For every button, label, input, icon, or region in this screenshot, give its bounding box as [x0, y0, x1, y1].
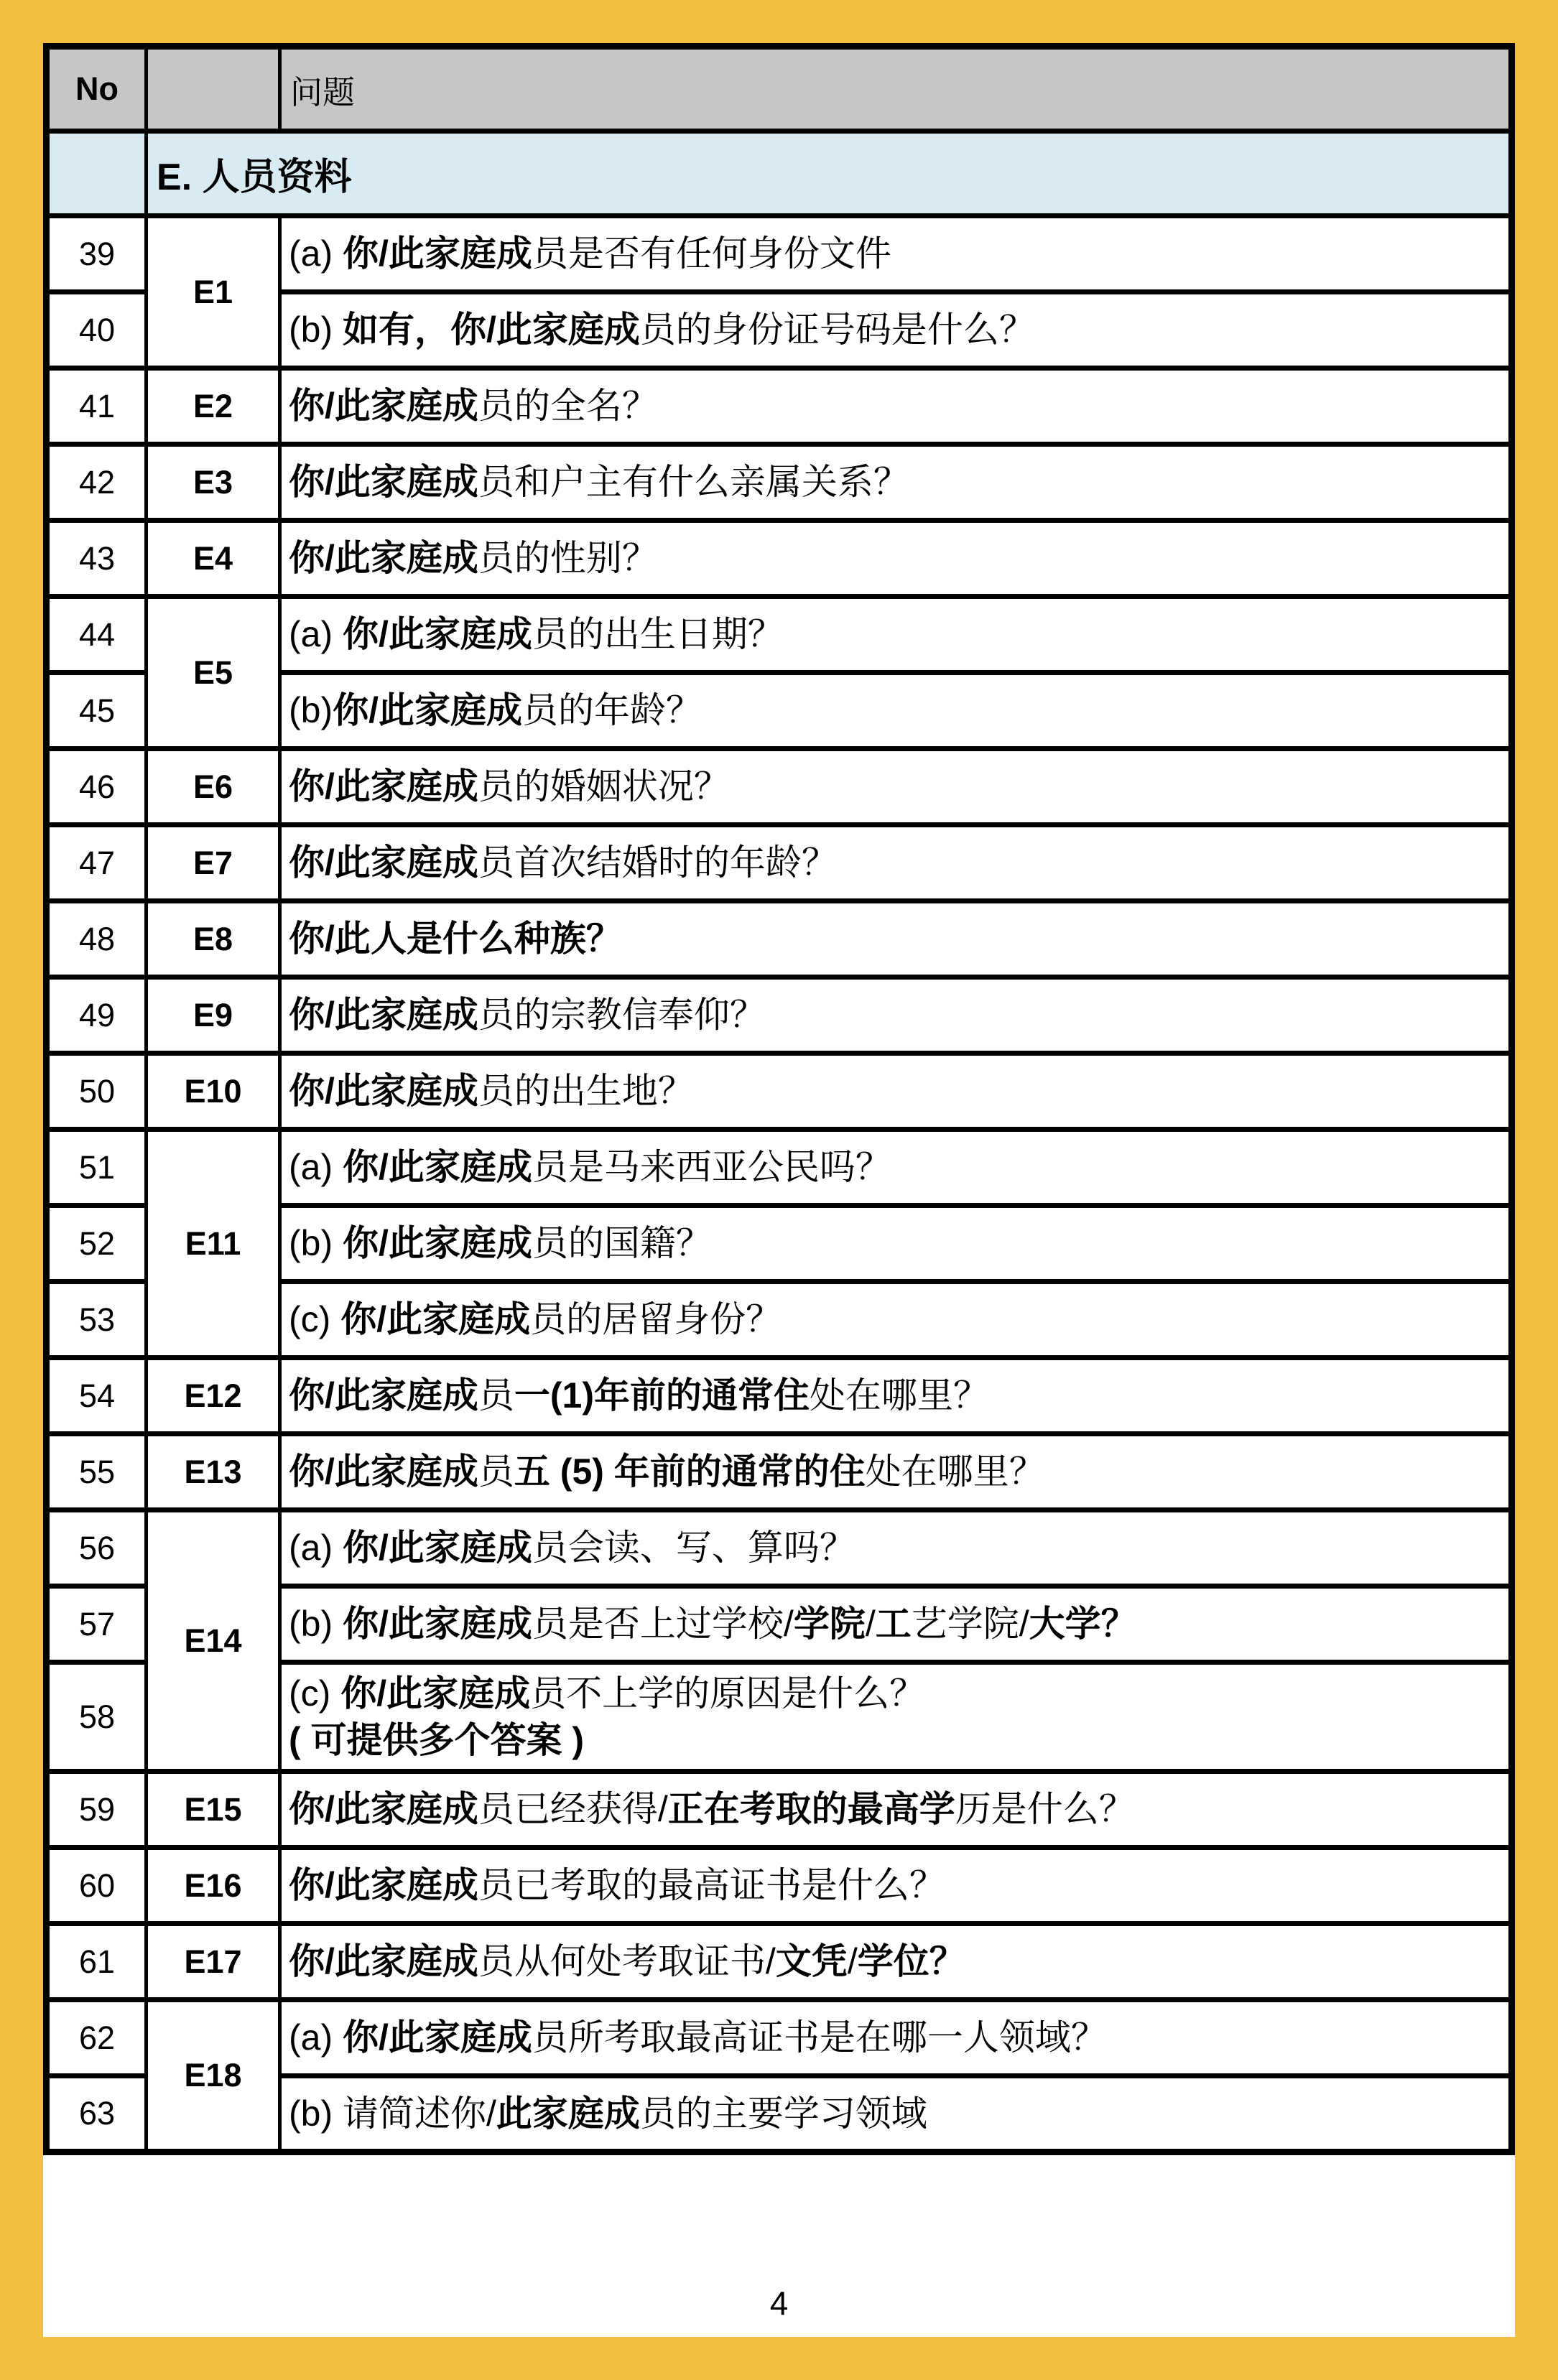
question-cell: 你/此家庭成员和户主有什么亲属关系？: [280, 445, 1512, 521]
question-text: 员的年龄？: [522, 690, 702, 730]
question-text-line: (c) 你/此家庭成员的居留身份？: [289, 1296, 1504, 1343]
question-text-bold: 一(1)年前的通常住: [514, 1375, 810, 1416]
question-text: 员的全名？: [478, 386, 658, 426]
question-code-cell: E10: [147, 1054, 280, 1130]
question-cell: 你/此家庭成员一(1)年前的通常住处在哪里？: [280, 1358, 1512, 1434]
question-cell: (a) 你/此家庭成员是否有任何身份文件: [280, 216, 1512, 292]
question-code-cell: E4: [147, 521, 280, 597]
question-text-bold: 你/此家庭成: [289, 1071, 478, 1111]
question-text: (c): [289, 1299, 340, 1339]
question-cell: 你/此家庭成员的婚姻状况？: [280, 749, 1512, 825]
question-text-bold: 你/此家庭成: [289, 842, 478, 883]
question-text: (b): [289, 690, 333, 730]
question-text-bold: 你/此家庭成: [289, 1789, 478, 1829]
table-row: 51E11(a) 你/此家庭成员是马来西亚公民吗？: [47, 1130, 1512, 1206]
question-code-cell: E12: [147, 1358, 280, 1434]
row-number-cell: 41: [47, 368, 147, 445]
table-row: 46E6你/此家庭成员的婚姻状况？: [47, 749, 1512, 825]
question-cell: 你/此家庭成员已考取的最高证书是什么？: [280, 1848, 1512, 1924]
question-text-bold: ( 可提供多个答案 ): [289, 1720, 584, 1760]
question-text-bold: 工: [876, 1604, 912, 1644]
row-number-cell: 54: [47, 1358, 147, 1434]
question-table-body: No 问题 E. 人员资料 39E1(a) 你/此家庭成员是否有任何身份文件40…: [47, 47, 1512, 2152]
question-text: 员会读、写、算吗？: [532, 1528, 855, 1568]
page-number: 4: [43, 2284, 1515, 2323]
question-text: 员已经获得/: [478, 1789, 668, 1829]
question-text: 处在哪里？: [810, 1375, 989, 1416]
question-text: (a): [289, 1147, 343, 1187]
table-header-row: No 问题: [47, 47, 1512, 131]
question-text-bold: 你/此家庭成: [289, 462, 478, 502]
question-text-bold: 你/此家庭成: [343, 614, 532, 654]
header-code: [147, 47, 280, 131]
question-text-bold: 你/此家庭成: [340, 1673, 530, 1714]
question-text-bold: 你/此家庭成: [343, 1147, 532, 1187]
question-code-cell: E18: [147, 2000, 280, 2152]
question-code-cell: E15: [147, 1772, 280, 1848]
question-code-cell: E17: [147, 1924, 280, 2000]
question-cell: (a) 你/此家庭成员的出生日期？: [280, 597, 1512, 673]
question-text-line: 你/此家庭成员首次结婚时的年龄？: [289, 840, 1504, 886]
question-text: (c): [289, 1673, 340, 1714]
question-code-cell: E2: [147, 368, 280, 445]
question-text-line: (a) 你/此家庭成员会读、写、算吗？: [289, 1525, 1504, 1571]
question-cell: 你/此家庭成员五 (5) 年前的通常的住处在哪里？: [280, 1434, 1512, 1510]
question-text-bold: 你/此家庭成: [333, 690, 522, 730]
question-cell: 你/此家庭成员的出生地？: [280, 1054, 1512, 1130]
question-text-line: (a) 你/此家庭成员是否有任何身份文件: [289, 231, 1504, 277]
row-number-cell: 48: [47, 901, 147, 977]
question-text: 员从何处考取证书/: [478, 1941, 776, 1981]
question-text: 员所考取最高证书是在哪一人领域？: [532, 2017, 1107, 2058]
question-code-cell: E11: [147, 1130, 280, 1358]
question-text-bold: 你/此家庭成: [289, 386, 478, 426]
question-text-bold: 你/此家庭成: [289, 1941, 478, 1981]
row-number-cell: 52: [47, 1206, 147, 1282]
question-cell: (b) 如有，你/此家庭成员的身份证号码是什么？: [280, 292, 1512, 368]
section-empty-no-cell: [47, 131, 147, 216]
question-cell: (b) 请简述你/此家庭成员的主要学习领域: [280, 2076, 1512, 2152]
question-text-bold: 此家庭成: [496, 2093, 640, 2134]
table-row: 44E5(a) 你/此家庭成员的出生日期？: [47, 597, 1512, 673]
question-text-line: (b)你/此家庭成员的年龄？: [289, 687, 1504, 734]
question-text-bold: 文凭: [776, 1941, 848, 1981]
question-text-line: 你/此家庭成员已经获得/正在考取的最高学历是什么？: [289, 1786, 1504, 1833]
row-number-cell: 44: [47, 597, 147, 673]
question-text: 员的身份证号码是什么？: [640, 310, 1035, 350]
row-number-cell: 49: [47, 977, 147, 1054]
question-text-line: (a) 你/此家庭成员是马来西亚公民吗？: [289, 1144, 1504, 1191]
question-text: /: [866, 1604, 876, 1644]
question-text: 员: [478, 1375, 514, 1416]
question-cell: 你/此家庭成员的全名？: [280, 368, 1512, 445]
question-text: 员是马来西亚公民吗？: [532, 1147, 891, 1187]
question-text-line: (b) 如有，你/此家庭成员的身份证号码是什么？: [289, 307, 1504, 353]
question-text-line: 你/此家庭成员的宗教信奉仰？: [289, 992, 1504, 1038]
question-text: (a): [289, 1528, 343, 1568]
question-cell: (b)你/此家庭成员的年龄？: [280, 673, 1512, 749]
row-number-cell: 59: [47, 1772, 147, 1848]
table-row: 50E10你/此家庭成员的出生地？: [47, 1054, 1512, 1130]
question-text-bold: 你/此家庭成: [340, 1299, 530, 1339]
row-number-cell: 51: [47, 1130, 147, 1206]
question-code-cell: E5: [147, 597, 280, 749]
question-cell: 你/此家庭成员从何处考取证书/文凭/学位？: [280, 1924, 1512, 2000]
questionnaire-table: No 问题 E. 人员资料 39E1(a) 你/此家庭成员是否有任何身份文件40…: [43, 43, 1515, 2155]
question-text-bold: 你/此家庭成: [289, 1865, 478, 1905]
question-text-line: (a) 你/此家庭成员的出生日期？: [289, 611, 1504, 658]
question-text: 处在哪里？: [866, 1451, 1045, 1492]
row-number-cell: 43: [47, 521, 147, 597]
question-text-line: 你/此家庭成员的出生地？: [289, 1068, 1504, 1115]
question-text-line: (b) 你/此家庭成员是否上过学校/学院/工艺学院/大学？: [289, 1601, 1504, 1647]
row-number-cell: 58: [47, 1663, 147, 1772]
question-text-line: 你/此家庭成员的全名？: [289, 383, 1504, 429]
section-title: E. 人员资料: [147, 131, 1512, 216]
question-code-cell: E9: [147, 977, 280, 1054]
question-text-bold: 你/此家庭成: [343, 2017, 532, 2058]
question-text-line: 你/此家庭成员和户主有什么亲属关系？: [289, 459, 1504, 506]
question-text: 员的宗教信奉仰？: [478, 995, 766, 1035]
question-text-bold: 你/此家庭成: [343, 1223, 532, 1263]
question-text: 员的出生日期？: [532, 614, 784, 654]
question-cell: (b) 你/此家庭成员的国籍？: [280, 1206, 1512, 1282]
question-text-line: 你/此家庭成员从何处考取证书/文凭/学位？: [289, 1938, 1504, 1985]
question-code-cell: E3: [147, 445, 280, 521]
table-row: 39E1(a) 你/此家庭成员是否有任何身份文件: [47, 216, 1512, 292]
question-text-bold: 你/此家庭成: [343, 1528, 532, 1568]
question-text: 员的主要学习领域: [640, 2093, 927, 2134]
question-text-bold: 正在考取的最高学: [668, 1789, 955, 1829]
question-text: (a): [289, 233, 343, 274]
table-row: 54E12你/此家庭成员一(1)年前的通常住处在哪里？: [47, 1358, 1512, 1434]
question-text: 员的婚姻状况？: [478, 766, 730, 806]
section-row: E. 人员资料: [47, 131, 1512, 216]
question-text: (a): [289, 2017, 343, 2058]
question-text-bold: 你/此家庭成: [289, 766, 478, 806]
row-number-cell: 62: [47, 2000, 147, 2076]
question-text: 员的出生地？: [478, 1071, 694, 1111]
question-text-line: 你/此家庭成员的性别？: [289, 535, 1504, 582]
page-background: { "colors": { "page_border": "#F3BD42", …: [0, 0, 1558, 2380]
row-number-cell: 46: [47, 749, 147, 825]
question-text-line: (b) 请简述你/此家庭成员的主要学习领域: [289, 2091, 1504, 2137]
question-text-line: 你/此家庭成员已考取的最高证书是什么？: [289, 1862, 1504, 1909]
question-text: 历是什么？: [955, 1789, 1135, 1829]
table-row: 42E3你/此家庭成员和户主有什么亲属关系？: [47, 445, 1512, 521]
question-text: 员的国籍？: [532, 1223, 712, 1263]
question-text-bold: 五 (5) 年前的通常的住: [514, 1451, 866, 1492]
question-text-bold: 你/此家庭成: [289, 1451, 478, 1492]
table-row: 62E18(a) 你/此家庭成员所考取最高证书是在哪一人领域？: [47, 2000, 1512, 2076]
question-cell: (c) 你/此家庭成员不上学的原因是什么？( 可提供多个答案 ): [280, 1663, 1512, 1772]
row-number-cell: 45: [47, 673, 147, 749]
question-text-bold: 你/此家庭成: [289, 538, 478, 578]
row-number-cell: 42: [47, 445, 147, 521]
question-code-cell: E14: [147, 1510, 280, 1772]
question-text-line: 你/此家庭成员五 (5) 年前的通常的住处在哪里？: [289, 1449, 1504, 1495]
question-text-line: (b) 你/此家庭成员的国籍？: [289, 1220, 1504, 1267]
question-code-cell: E1: [147, 216, 280, 368]
question-code-cell: E13: [147, 1434, 280, 1510]
question-text: 员是否有任何身份文件: [532, 233, 891, 274]
question-code-cell: E6: [147, 749, 280, 825]
question-text: /: [848, 1941, 858, 1981]
question-code-cell: E8: [147, 901, 280, 977]
question-cell: 你/此家庭成员的宗教信奉仰？: [280, 977, 1512, 1054]
table-row: 55E13你/此家庭成员五 (5) 年前的通常的住处在哪里？: [47, 1434, 1512, 1510]
question-text: 员和户主有什么亲属关系？: [478, 462, 909, 502]
question-text: 员是否上过学校/: [532, 1604, 794, 1644]
question-text: 员已考取的最高证书是什么？: [478, 1865, 945, 1905]
question-text: (a): [289, 614, 343, 654]
question-text: (b): [289, 1604, 343, 1644]
question-cell: 你/此人是什么种族？: [280, 901, 1512, 977]
row-number-cell: 47: [47, 825, 147, 901]
question-cell: (b) 你/此家庭成员是否上过学校/学院/工艺学院/大学？: [280, 1586, 1512, 1663]
question-text-bold: 你/此家庭成: [289, 995, 478, 1035]
table-row: 59E15你/此家庭成员已经获得/正在考取的最高学历是什么？: [47, 1772, 1512, 1848]
row-number-cell: 55: [47, 1434, 147, 1510]
table-row: 43E4你/此家庭成员的性别？: [47, 521, 1512, 597]
question-text-bold: 学位？: [858, 1941, 965, 1981]
row-number-cell: 63: [47, 2076, 147, 2152]
question-cell: (a) 你/此家庭成员所考取最高证书是在哪一人领域？: [280, 2000, 1512, 2076]
question-text: 员首次结婚时的年龄？: [478, 842, 838, 883]
question-text: (b) 请简述你/: [289, 2093, 496, 2134]
header-no: No: [47, 47, 147, 131]
question-cell: 你/此家庭成员首次结婚时的年龄？: [280, 825, 1512, 901]
question-text-line: 你/此人是什么种族？: [289, 916, 1504, 962]
question-text-bold: 你/此家庭成: [343, 1604, 532, 1644]
question-cell: (a) 你/此家庭成员是马来西亚公民吗？: [280, 1130, 1512, 1206]
row-number-cell: 60: [47, 1848, 147, 1924]
header-question: 问题: [280, 47, 1512, 131]
question-text: (b): [289, 1223, 343, 1263]
table-row: 60E16你/此家庭成员已考取的最高证书是什么？: [47, 1848, 1512, 1924]
row-number-cell: 61: [47, 1924, 147, 2000]
question-cell: (a) 你/此家庭成员会读、写、算吗？: [280, 1510, 1512, 1586]
row-number-cell: 40: [47, 292, 147, 368]
table-row: 48E8你/此人是什么种族？: [47, 901, 1512, 977]
row-number-cell: 53: [47, 1282, 147, 1358]
question-text-line: ( 可提供多个答案 ): [289, 1717, 1504, 1764]
question-text-bold: 你/此家庭成: [289, 1375, 478, 1416]
question-code-cell: E7: [147, 825, 280, 901]
question-text-bold: 你/此人是什么种族？: [289, 919, 622, 959]
question-text-line: (a) 你/此家庭成员所考取最高证书是在哪一人领域？: [289, 2014, 1504, 2061]
table-row: 61E17你/此家庭成员从何处考取证书/文凭/学位？: [47, 1924, 1512, 2000]
table-row: 56E14(a) 你/此家庭成员会读、写、算吗？: [47, 1510, 1512, 1586]
table-row: 47E7你/此家庭成员首次结婚时的年龄？: [47, 825, 1512, 901]
question-text: 员: [478, 1451, 514, 1492]
question-text-bold: 如有，你/此家庭成: [343, 310, 640, 350]
table-row: 41E2你/此家庭成员的全名？: [47, 368, 1512, 445]
question-code-cell: E16: [147, 1848, 280, 1924]
table-row: 49E9你/此家庭成员的宗教信奉仰？: [47, 977, 1512, 1054]
row-number-cell: 57: [47, 1586, 147, 1663]
question-cell: (c) 你/此家庭成员的居留身份？: [280, 1282, 1512, 1358]
row-number-cell: 39: [47, 216, 147, 292]
question-text: 员的居留身份？: [530, 1299, 782, 1339]
question-text: 员不上学的原因是什么？: [530, 1673, 925, 1714]
question-cell: 你/此家庭成员的性别？: [280, 521, 1512, 597]
document-page: No 问题 E. 人员资料 39E1(a) 你/此家庭成员是否有任何身份文件40…: [43, 43, 1515, 2337]
question-cell: 你/此家庭成员已经获得/正在考取的最高学历是什么？: [280, 1772, 1512, 1848]
question-text-line: (c) 你/此家庭成员不上学的原因是什么？: [289, 1670, 1504, 1717]
question-text: 员的性别？: [478, 538, 658, 578]
row-number-cell: 50: [47, 1054, 147, 1130]
question-text-line: 你/此家庭成员的婚姻状况？: [289, 763, 1504, 810]
row-number-cell: 56: [47, 1510, 147, 1586]
question-text-bold: 大学？: [1029, 1604, 1137, 1644]
question-text-line: 你/此家庭成员一(1)年前的通常住处在哪里？: [289, 1372, 1504, 1419]
question-text-bold: 学院: [794, 1604, 866, 1644]
question-text: 艺学院/: [912, 1604, 1029, 1644]
question-text-bold: 你/此家庭成: [343, 233, 532, 274]
question-text: (b): [289, 310, 343, 350]
